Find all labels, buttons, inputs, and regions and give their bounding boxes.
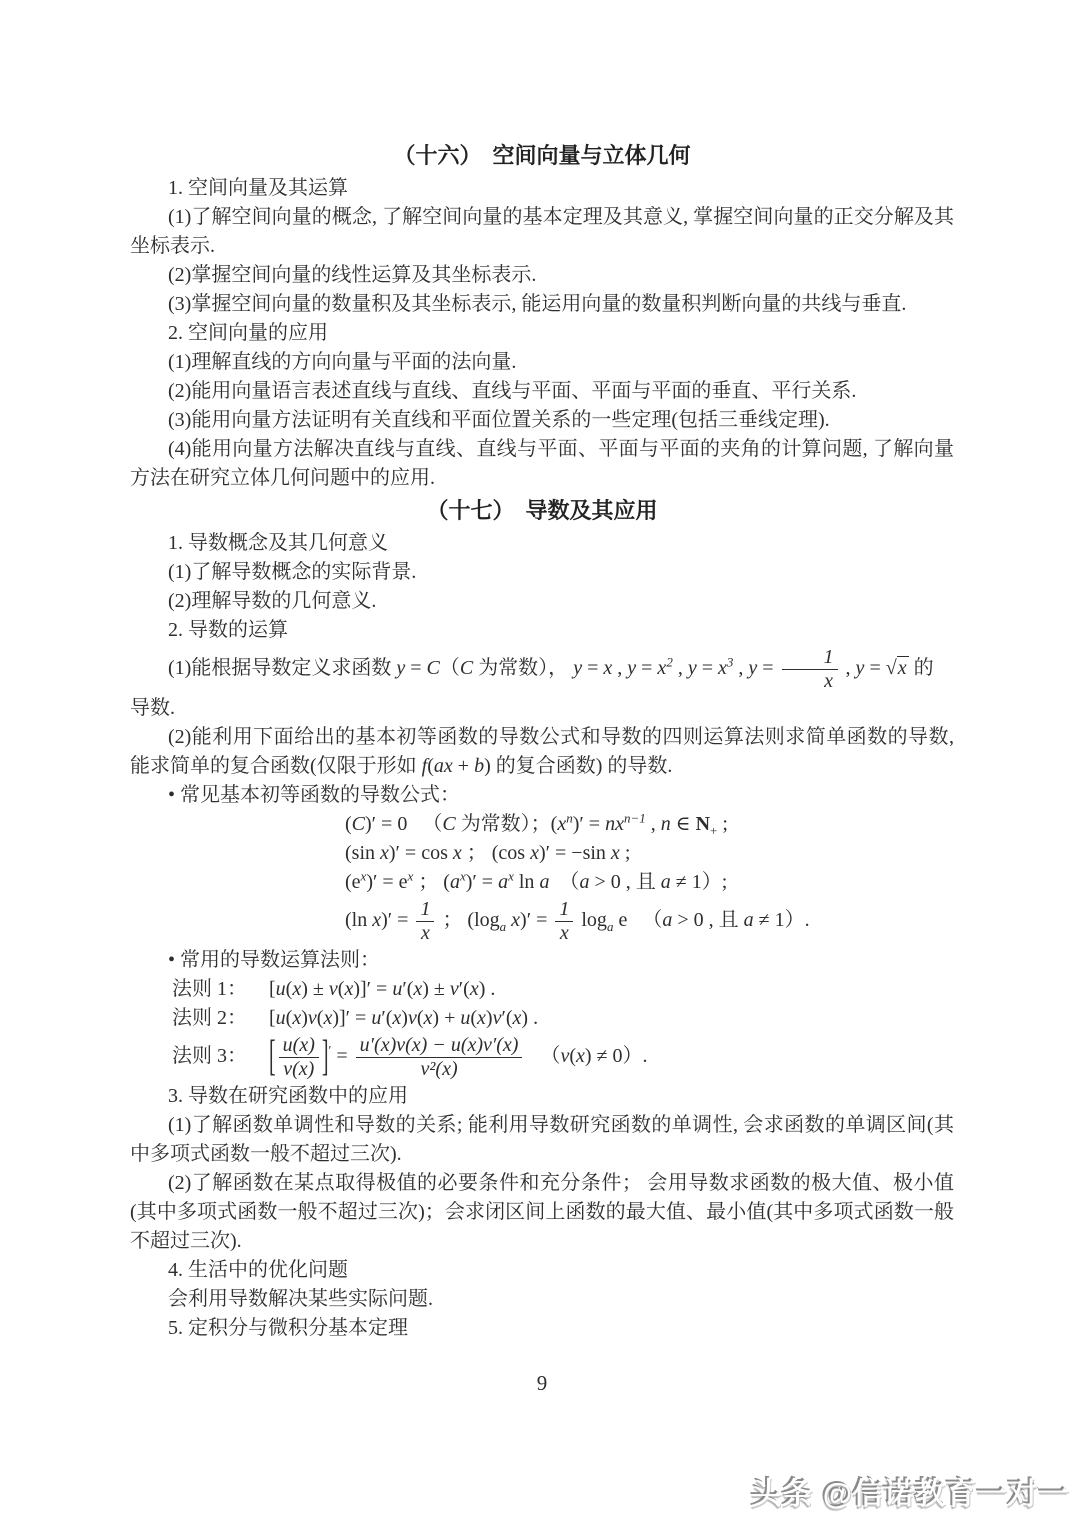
formula-line: (C)′ = 0 （C 为常数）；(xn)′ = nxn−1 , n ∈ N+ …: [130, 810, 954, 839]
math-run: x: [611, 842, 620, 864]
math-run: ;: [620, 842, 631, 864]
math-run: x: [292, 1007, 301, 1029]
bullet-paragraph: • 常见基本初等函数的导数公式：: [130, 781, 954, 810]
math-run: ′(: [402, 978, 413, 1000]
fraction: 1x: [555, 898, 573, 945]
math-run: x: [380, 842, 389, 864]
paragraph: 5. 定积分与微积分基本定理: [130, 1314, 954, 1343]
math-run: > 0 , 且: [672, 909, 743, 931]
math-run: x: [530, 842, 539, 864]
math-run: (: [345, 813, 352, 835]
square-root: √x: [886, 656, 909, 679]
math-run: ,: [673, 657, 688, 679]
math-run: n: [661, 813, 671, 835]
math-run: )′ =: [381, 909, 413, 931]
math-run: )′ =: [466, 871, 498, 893]
math-run: =: [697, 657, 718, 679]
math-run: )′ =: [520, 909, 552, 931]
math-run: ;: [717, 813, 728, 835]
math-run: (1)能根据导数定义求函数: [168, 657, 396, 679]
math-run: x: [413, 978, 422, 1000]
paragraph: 会利用导数解决某些实际问题.: [130, 1285, 954, 1314]
math-run: 的复合函数) 的导数.: [491, 755, 673, 777]
paragraph: (2)了解函数在某点取得极值的必要条件和充分条件； 会用导数求函数的极大值、极小…: [130, 1169, 954, 1256]
math-run: v: [408, 1007, 417, 1029]
denominator: v²(x): [356, 1058, 523, 1081]
math-run: ) ±: [422, 978, 450, 1000]
math-run: C: [352, 813, 365, 835]
paragraph: 4. 生活中的优化问题: [130, 1256, 954, 1285]
rule-label: 法则 3：: [172, 1042, 247, 1071]
rule-label: 法则 2：: [172, 1004, 247, 1033]
page-number: 9: [130, 1369, 954, 1398]
math-run: C: [442, 813, 455, 835]
math-run: 为常数）；(: [456, 813, 558, 835]
math-run: x: [453, 842, 462, 864]
math-run: )′ = cos: [389, 842, 453, 864]
math-run: （: [440, 657, 460, 679]
math-run: x: [576, 1045, 585, 1067]
math-run: =: [405, 657, 426, 679]
math-run: u: [276, 1007, 286, 1029]
section-title: （十六） 空间向量与立体几何: [130, 140, 954, 171]
math-run: ]: [322, 1026, 329, 1088]
math-run: ) ±: [301, 978, 329, 1000]
math-run: a: [579, 871, 589, 893]
math-run: N: [696, 813, 710, 835]
rule-label: 法则 1：: [172, 975, 247, 1004]
numerator: 1: [416, 898, 434, 922]
math-run: y: [627, 657, 636, 679]
math-run: =: [636, 657, 657, 679]
document-content: （十六） 空间向量与立体几何1. 空间向量及其运算(1)了解空间向量的概念, 了…: [130, 138, 954, 1343]
math-run: (: [427, 755, 434, 777]
math-run: n−1: [624, 810, 646, 825]
math-run: ): [486, 1007, 493, 1029]
math-run: log: [576, 909, 607, 931]
math-run: ax: [434, 755, 453, 777]
math-run: u: [460, 1007, 470, 1029]
math-run: x: [470, 978, 479, 1000]
derivative-rule-line: 法则 3：[u(x)v(x)]′ = u′(x)v(x) − u(x)v′(x)…: [130, 1033, 954, 1082]
math-run: a: [744, 909, 754, 931]
numerator: u′(x)v(x) − u(x)v′(x): [356, 1034, 523, 1058]
formula-line: (ln x)′ = 1x ； (loga x)′ = 1x loga e （a …: [130, 897, 954, 946]
math-run: (sin: [345, 842, 380, 864]
paragraph: (1)了解空间向量的概念, 了解空间向量的基本定理及其意义, 掌握空间向量的正交…: [130, 203, 954, 261]
derivative-rule-line: 法则 1：[u(x) ± v(x)]′ = u′(x) ± v′(x) .: [130, 975, 954, 1004]
math-run: y: [573, 657, 582, 679]
math-run: )′ =: [573, 813, 605, 835]
math-run: u: [276, 978, 286, 1000]
fraction: 1x: [782, 646, 838, 693]
denominator: x: [782, 670, 838, 693]
math-run: ): [484, 755, 491, 777]
math-run: )′ = −sin: [539, 842, 611, 864]
paragraph: 1. 空间向量及其运算: [130, 174, 954, 203]
math-run: )′ = e: [366, 871, 407, 893]
math-run: y: [688, 657, 697, 679]
denominator: x: [416, 922, 434, 945]
fraction: u(x)v(x): [279, 1034, 319, 1081]
derivative-rule-line: 法则 2：[u(x)v(x)]′ = u′(x)v(x) + u(x)v′(x)…: [130, 1004, 954, 1033]
math-run: ′(: [381, 1007, 392, 1029]
radicand: x: [897, 656, 909, 679]
math-run: x: [511, 909, 520, 931]
math-run: C: [427, 657, 440, 679]
math-run: ) ≠ 0）.: [585, 1045, 648, 1067]
paragraph: (3)掌握空间向量的数量积及其坐标表示, 能运用向量的数量积判断向量的共线与垂直…: [130, 290, 954, 319]
formula-line: (ex)′ = ex ； (ax)′ = ax ln a （a > 0 , 且 …: [130, 868, 954, 897]
math-run: ) .: [521, 1007, 538, 1029]
math-run: a: [539, 871, 549, 893]
math-run: ′(: [501, 1007, 512, 1029]
watermark: 头条 @信诺教育一对一: [751, 1469, 1070, 1513]
math-run: (: [417, 1007, 424, 1029]
paragraph: 导数.: [130, 694, 954, 723]
math-run: y: [748, 657, 757, 679]
math-run: x: [477, 1007, 486, 1029]
math-run: x: [392, 1007, 401, 1029]
math-run: ≠ 1）;: [671, 871, 728, 893]
math-run: ): [401, 1007, 408, 1029]
math-run: 的: [909, 657, 934, 679]
math-run: ,: [646, 813, 661, 835]
math-run: =: [582, 657, 603, 679]
paragraph: (2)掌握空间向量的线性运算及其坐标表示.: [130, 261, 954, 290]
math-run: a: [661, 871, 671, 893]
numerator: 1: [782, 646, 838, 670]
math-run: ): [301, 1007, 308, 1029]
denominator: v(x): [279, 1058, 319, 1081]
math-run: a: [498, 871, 508, 893]
denominator: x: [555, 922, 573, 945]
math-run: ln: [514, 871, 540, 893]
math-run: [: [269, 1026, 276, 1088]
bullet-paragraph: • 常用的导数运算法则：: [130, 946, 954, 975]
math-run: ； (log: [437, 909, 499, 931]
fraction: u′(x)v(x) − u(x)v′(x)v²(x): [356, 1034, 523, 1081]
paragraph: (1)能根据导数定义求函数 y = C（C 为常数）， y = x , y = …: [130, 645, 954, 694]
math-run: ,: [841, 657, 856, 679]
math-run: =: [757, 657, 778, 679]
math-run: ≠ 1）.: [754, 909, 810, 931]
math-run: v: [329, 978, 338, 1000]
formula-line: (sin x)′ = cos x ； (cos x)′ = −sin x ;: [130, 839, 954, 868]
math-run: 为常数），: [473, 657, 573, 679]
math-run: x: [344, 978, 353, 1000]
paragraph: (2)能用向量语言表述直线与直线、直线与平面、平面与平面的垂直、平行关系.: [130, 377, 954, 406]
math-run: =: [864, 657, 885, 679]
math-run: x: [657, 657, 666, 679]
math-run: (e: [345, 871, 361, 893]
paragraph: (2)能利用下面给出的基本初等函数的导数公式和导数的四则运算法则求简单函数的导数…: [130, 723, 954, 781]
math-run: (ln: [345, 909, 372, 931]
math-run: ； (cos: [462, 842, 530, 864]
math-run: x: [292, 978, 301, 1000]
math-run: v: [450, 978, 459, 1000]
math-run: u: [371, 1007, 381, 1029]
document-page: （十六） 空间向量与立体几何1. 空间向量及其运算(1)了解空间向量的概念, 了…: [0, 0, 1080, 1527]
math-run: )′ = 0 （: [365, 813, 442, 835]
math-run: =: [331, 1045, 352, 1067]
math-run: v: [308, 1007, 317, 1029]
section-title: （十七） 导数及其应用: [130, 495, 954, 526]
math-run: a: [450, 871, 460, 893]
math-run: )]′ =: [332, 1007, 371, 1029]
math-run: u: [392, 978, 402, 1000]
paragraph: 1. 导数概念及其几何意义: [130, 529, 954, 558]
numerator: u(x): [279, 1034, 319, 1058]
math-run: x: [557, 813, 566, 835]
paragraph: (1)了解导数概念的实际背景.: [130, 558, 954, 587]
math-run: ) .: [479, 978, 496, 1000]
paragraph: 2. 空间向量的应用: [130, 319, 954, 348]
math-run: a: [662, 909, 672, 931]
math-run: ,: [612, 657, 627, 679]
math-run: ,: [733, 657, 748, 679]
math-run: x: [603, 657, 612, 679]
math-run: nx: [605, 813, 624, 835]
math-run: （: [549, 871, 579, 893]
math-run: [: [269, 978, 276, 1000]
paragraph: (1)了解函数单调性和导数的关系; 能利用导数研究函数的单调性, 会求函数的单调…: [130, 1111, 954, 1169]
math-run: x: [718, 657, 727, 679]
math-run: )]′ =: [353, 978, 392, 1000]
paragraph: (1)理解直线的方向向量与平面的法向量.: [130, 348, 954, 377]
numerator: 1: [555, 898, 573, 922]
paragraph: 3. 导数在研究函数中的应用: [130, 1082, 954, 1111]
paragraph: (3)能用向量方法证明有关直线和平面位置关系的一些定理(包括三垂线定理).: [130, 406, 954, 435]
math-run: ∈: [671, 813, 696, 835]
math-run: +: [453, 755, 474, 777]
math-run: （: [525, 1045, 560, 1067]
math-run: ； (: [413, 871, 450, 893]
math-run: b: [474, 755, 484, 777]
math-run: C: [460, 657, 473, 679]
fraction: 1x: [416, 898, 434, 945]
paragraph: 2. 导数的运算: [130, 616, 954, 645]
paragraph: (2)理解导数的几何意义.: [130, 587, 954, 616]
math-run: ′(: [459, 978, 470, 1000]
paragraph: (4)能用向量方法解决直线与直线、直线与平面、平面与平面的夹角的计算问题, 了解…: [130, 435, 954, 493]
math-run: x: [372, 909, 381, 931]
math-run: ) +: [432, 1007, 460, 1029]
math-run: > 0 , 且: [589, 871, 660, 893]
math-run: e （: [613, 909, 662, 931]
math-run: y: [396, 657, 405, 679]
